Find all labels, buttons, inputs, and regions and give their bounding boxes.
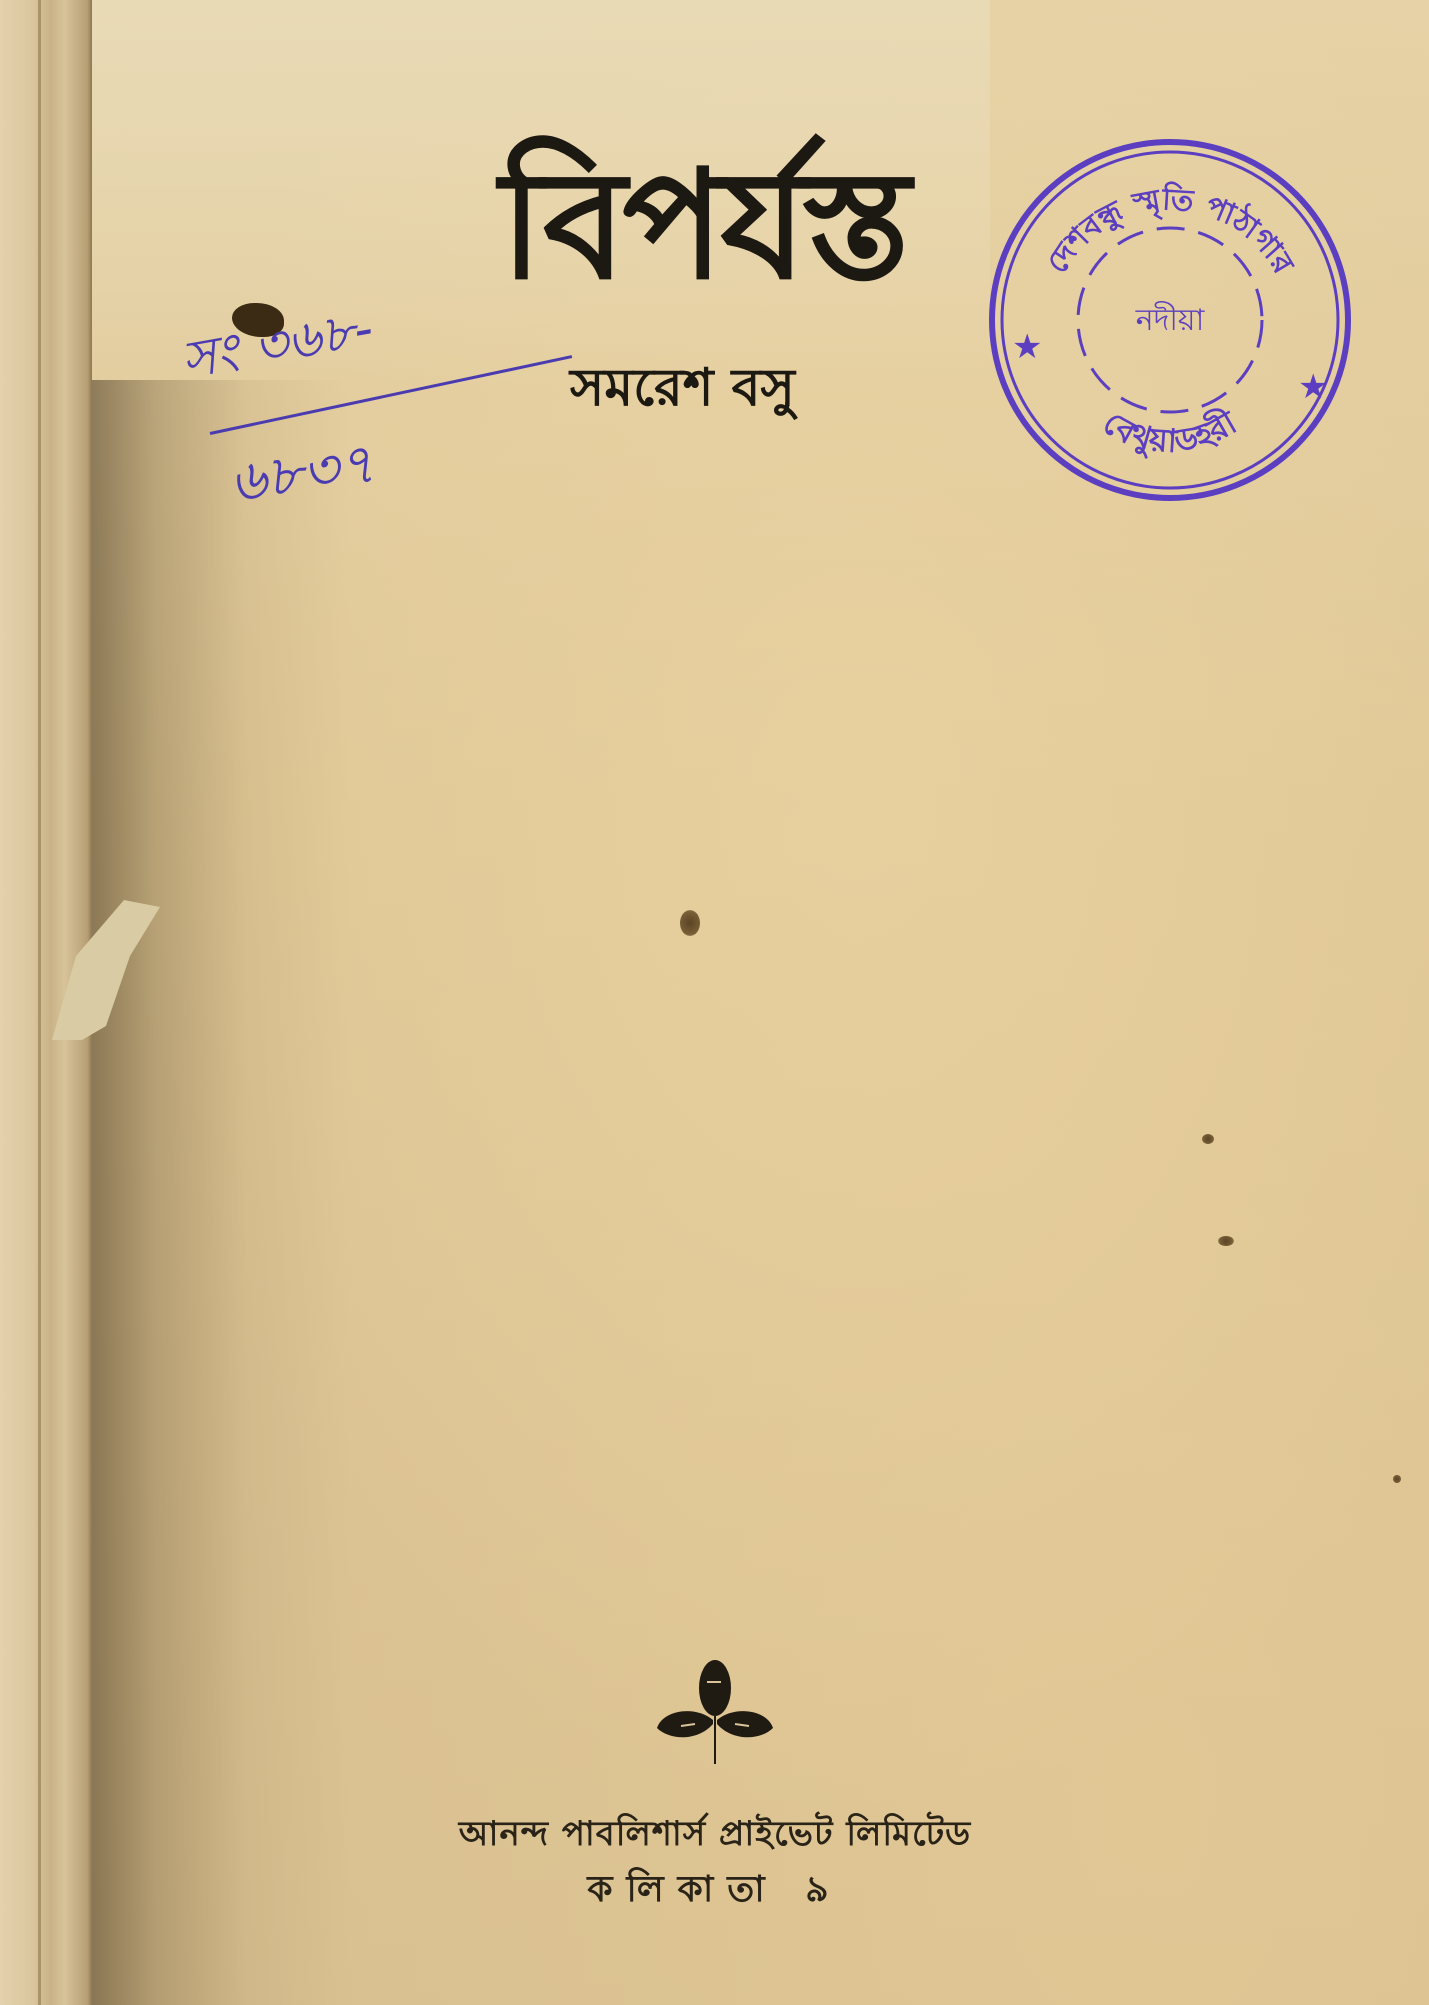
stamp-icon: দেশবন্ধু স্মৃতি পাঠাগার বেথুয়াডহরী নদীয… <box>980 130 1360 510</box>
handwritten-bottom: ৬৮৩৭ <box>224 420 381 533</box>
paper-hole <box>1393 1475 1401 1483</box>
book-title-page: বিপর্যস্ত সমরেশ বসু সং ৩৬৮- ৬৮৩৭ দেশবন্ধ… <box>0 0 1429 2005</box>
svg-text:নদীয়া: নদীয়া <box>1135 301 1206 338</box>
svg-text:★: ★ <box>1012 327 1042 367</box>
svg-text:★: ★ <box>1298 367 1328 407</box>
publisher-emblem-icon <box>655 1660 775 1770</box>
book-author: সমরেশ বসু <box>570 362 870 414</box>
publisher-city: কলিকাতা ৯ <box>300 1862 1130 1922</box>
book-title: বিপর্যস্ত <box>500 150 940 300</box>
paper-hole <box>1218 1236 1234 1246</box>
spine-crack <box>38 0 41 2005</box>
paper-hole <box>680 910 700 936</box>
binding-shadow <box>90 380 350 2005</box>
library-stamp: দেশবন্ধু স্মৃতি পাঠাগার বেথুয়াডহরী নদীয… <box>980 130 1360 510</box>
handwritten-accession-number: সং ৩৬৮- ৬৮৩৭ <box>190 320 590 520</box>
paper-hole <box>1202 1134 1214 1144</box>
publisher-name: আনন্দ পাবলিশার্স প্রাইভেট লিমিটেড <box>300 1808 1130 1865</box>
svg-text:দেশবন্ধু স্মৃতি পাঠাগার: দেশবন্ধু স্মৃতি পাঠাগার <box>1040 180 1301 281</box>
svg-text:বেথুয়াডহরী: বেথুয়াডহরী <box>1097 401 1245 460</box>
